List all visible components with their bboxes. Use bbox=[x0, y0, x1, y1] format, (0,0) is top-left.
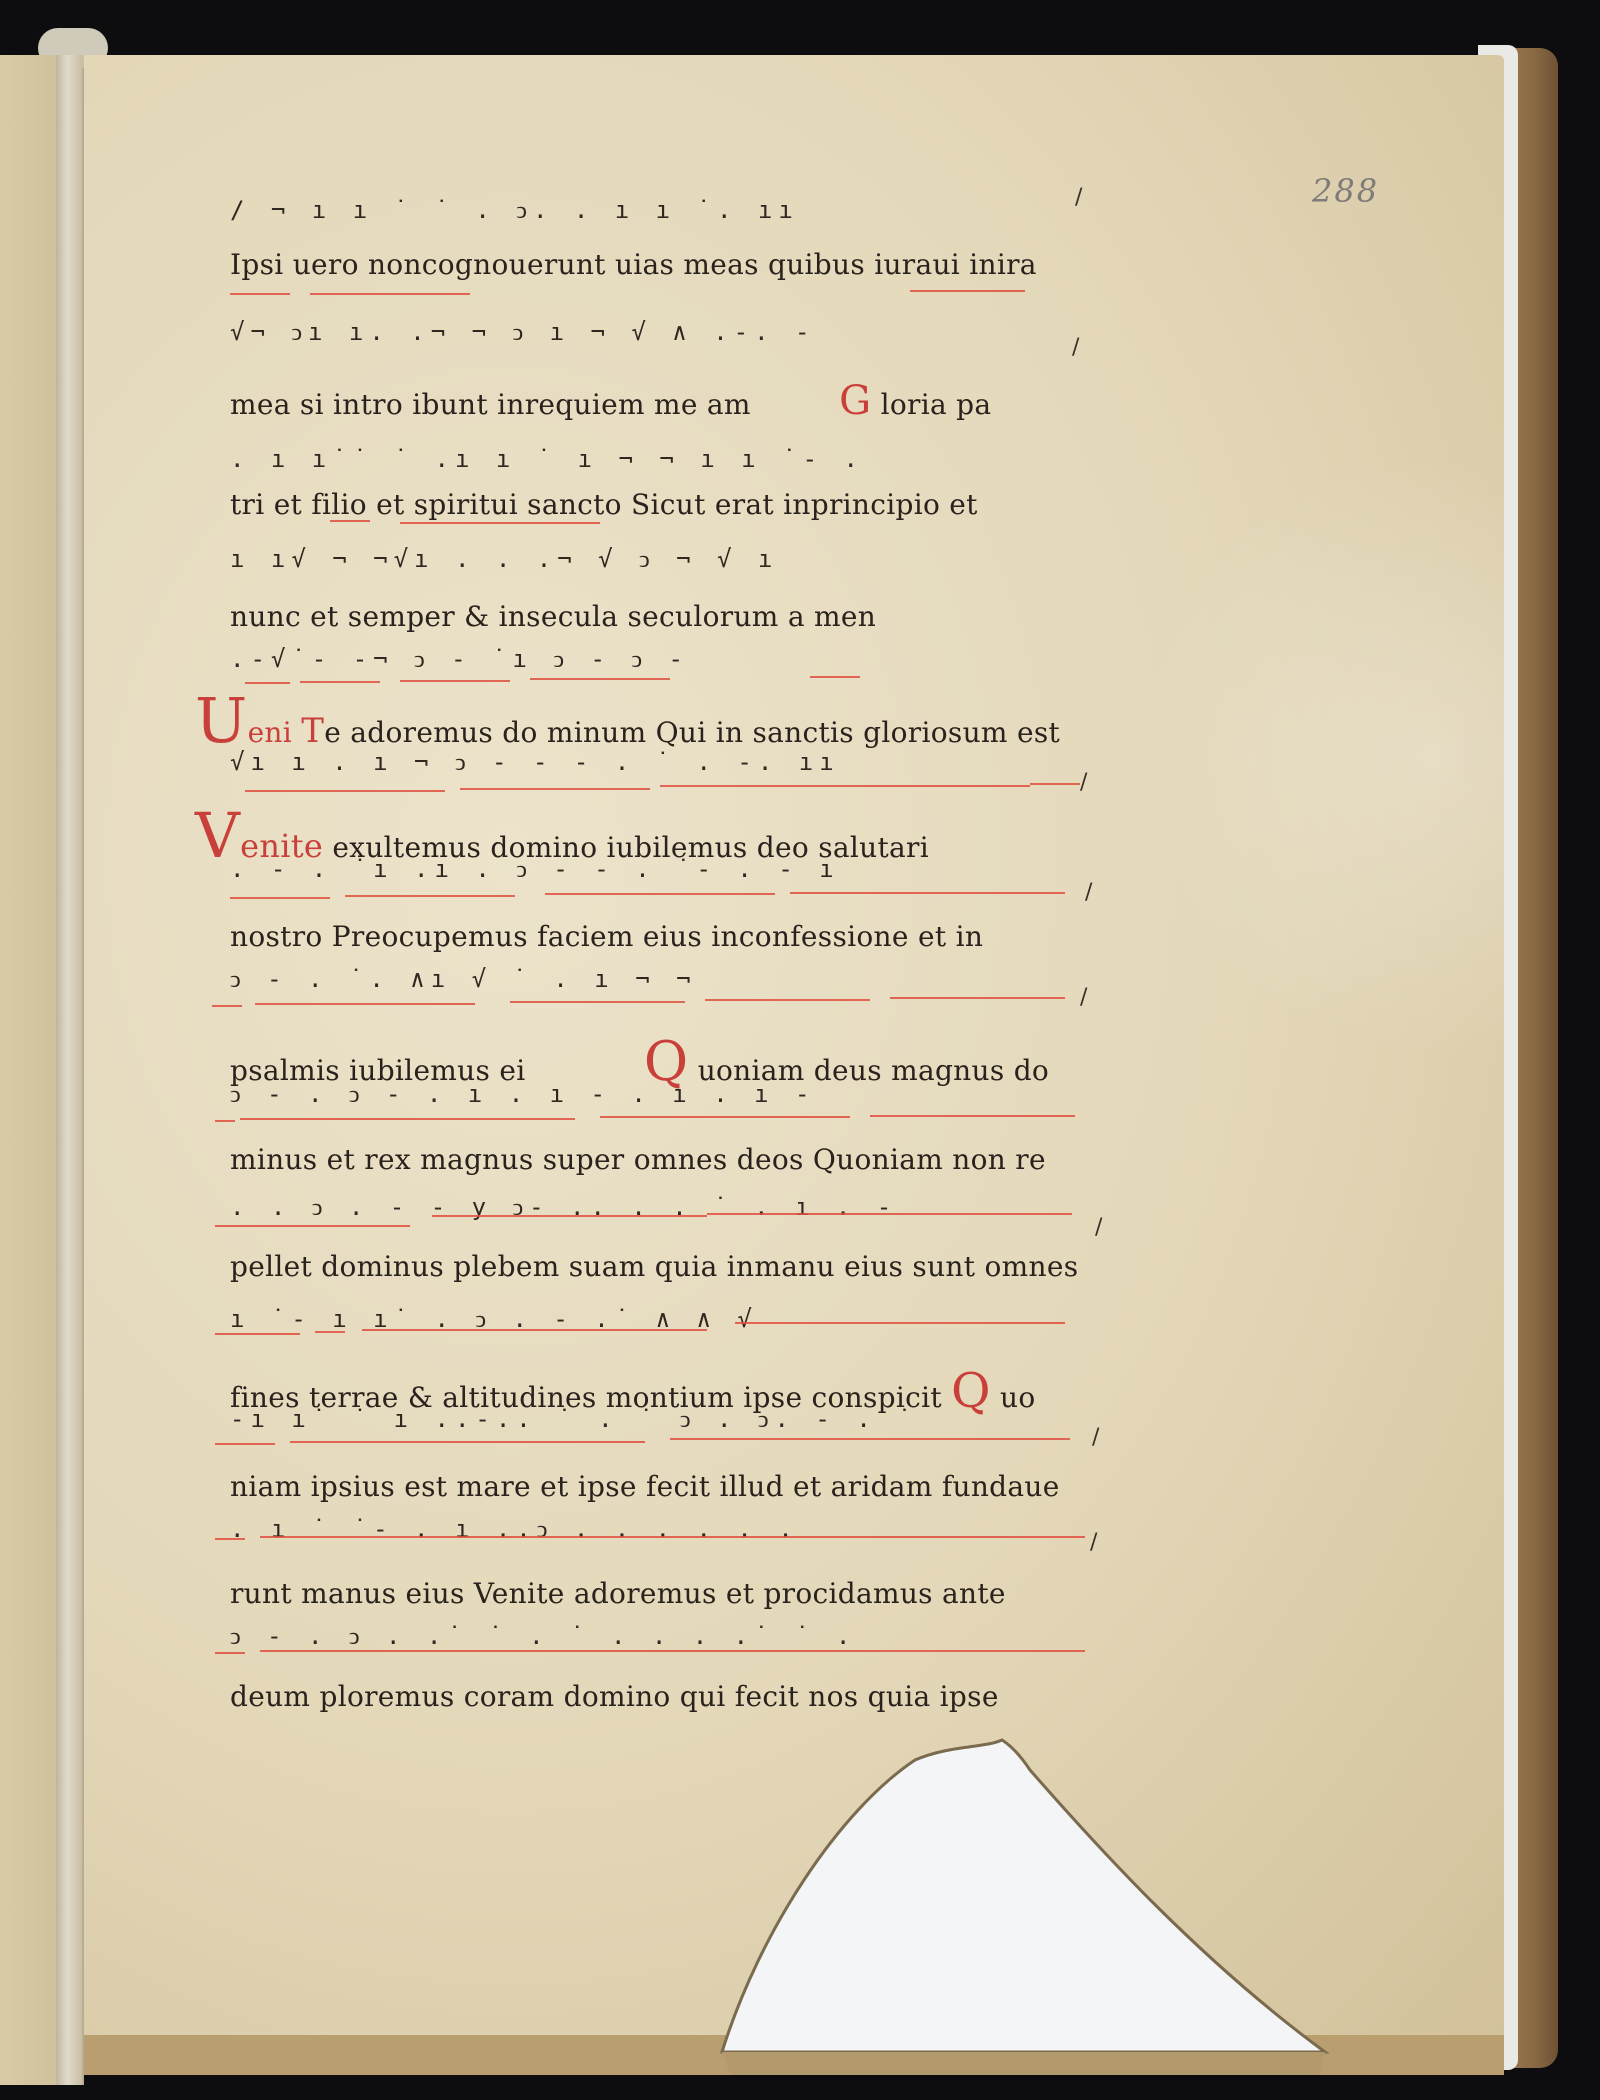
staff-rule bbox=[215, 1120, 235, 1122]
staff-rule bbox=[230, 293, 290, 295]
staff-rule bbox=[215, 1652, 245, 1654]
staff-rule bbox=[400, 680, 510, 682]
staff-rule bbox=[260, 1536, 1085, 1538]
staff-rule bbox=[1030, 783, 1080, 785]
custos-mark: / bbox=[1090, 1530, 1097, 1555]
staff-rule bbox=[432, 1215, 707, 1217]
neume-row: ı ı√ ¬ ¬√ı . . .¬ √ ↄ ¬ √ ı bbox=[230, 545, 778, 574]
text-line: nunc et semper & insecula seculorum a me… bbox=[230, 600, 876, 633]
text-segment: mea si intro ibunt inrequiem me am bbox=[230, 388, 751, 421]
folio-number: 288 bbox=[1312, 172, 1379, 210]
staff-rule bbox=[810, 676, 860, 678]
custos-mark: / bbox=[1080, 770, 1087, 795]
gutter bbox=[56, 55, 84, 2085]
staff-rule bbox=[215, 1443, 275, 1445]
text-line: tri et filio et spiritui sancto Sicut er… bbox=[230, 488, 978, 521]
rubric-text: eni bbox=[248, 716, 292, 749]
staff-rule bbox=[362, 1329, 707, 1331]
staff-rule bbox=[870, 1115, 1075, 1117]
staff-rule bbox=[315, 1331, 345, 1333]
custos-mark: / bbox=[1092, 1425, 1099, 1450]
custos-mark: / bbox=[1080, 985, 1087, 1010]
neume-row: . - . ˙ı .ı . ↄ - - . ˙- . - ı bbox=[230, 855, 840, 884]
neume-row: √¬ ↄı ı. .¬ ¬ ↄ ı ¬ √ ∧ .-. - bbox=[230, 318, 815, 347]
staff-rule bbox=[245, 682, 290, 684]
text-line: runt manus eius Venite adoremus et proci… bbox=[230, 1577, 1006, 1610]
neume-row: √ı ı . ı ¬ ↄ - - - . ˙ . -. ıı bbox=[230, 748, 840, 777]
text-line: pellet dominus plebem suam quia inmanu e… bbox=[230, 1250, 1078, 1283]
staff-rule bbox=[790, 892, 1065, 894]
staff-rule bbox=[245, 790, 445, 792]
staff-rule bbox=[910, 290, 1025, 292]
staff-rule bbox=[345, 895, 515, 897]
staff-rule bbox=[400, 522, 600, 524]
rubric-initial: T bbox=[301, 711, 324, 751]
neume-row: . . ↄ . - - y ↄ- .. . . ˙ . ı . - bbox=[230, 1193, 897, 1222]
neume-row: . ı ˙ ˙- . ı ..ↄ . . . . . . bbox=[230, 1515, 799, 1544]
staff-rule bbox=[890, 997, 1065, 999]
staff-rule bbox=[300, 681, 380, 683]
staff-rule bbox=[660, 785, 1030, 787]
rubric-initial: Q bbox=[951, 1363, 991, 1419]
staff-rule bbox=[705, 999, 870, 1001]
staff-rule bbox=[215, 1538, 245, 1540]
text-line: minus et rex magnus super omnes deos Quo… bbox=[230, 1143, 1046, 1176]
staff-rule bbox=[600, 1116, 850, 1118]
neume-row: / ¬ ı ı ˙ ˙ . ↄ. . ı ı ˙. ıı bbox=[230, 196, 799, 225]
neume-row: ↄ - . ↄ - . ı . ı - . ı . ı - bbox=[230, 1080, 815, 1109]
text-segment: loria pa bbox=[881, 388, 992, 421]
staff-rule bbox=[260, 1650, 1085, 1652]
custos-mark: / bbox=[1095, 1215, 1102, 1240]
neume-row: .-√˙- -¬ ↄ - ˙ı ↄ - ↄ - bbox=[230, 645, 689, 674]
staff-rule bbox=[707, 1213, 1072, 1215]
staff-rule bbox=[290, 1441, 645, 1443]
text-segment: e adoremus do minum Qui in sanctis glori… bbox=[324, 716, 1060, 749]
text-line: mea si intro ibunt inrequiem me am G lor… bbox=[230, 378, 991, 424]
neume-row: ↄ - . ↄ . .˙ ˙ . ˙ . . . .˙ ˙ . bbox=[230, 1622, 856, 1651]
staff-rule bbox=[510, 1001, 685, 1003]
staff-rule bbox=[460, 788, 650, 790]
staff-rule bbox=[670, 1438, 1070, 1440]
staff-rule bbox=[255, 1003, 475, 1005]
staff-rule bbox=[530, 678, 670, 680]
custos-mark: / bbox=[1085, 880, 1092, 905]
neume-row: . ı ı˙˙ ˙ .ı ı ˙ ı ¬ ¬ ı ı ˙- . bbox=[230, 445, 864, 473]
neume-row: ↄ - . ˙. ∧ı √ ˙ . ı ¬ ¬ bbox=[230, 965, 697, 994]
custos-mark: / bbox=[1075, 185, 1082, 210]
staff-rule bbox=[310, 293, 470, 295]
neume-row: -ı ı˙ ˙ ı ..-.. ˙ . ˙ ↄ . ↄ. - . ˙ bbox=[230, 1405, 918, 1434]
staff-rule bbox=[212, 1005, 242, 1007]
staff-rule bbox=[215, 1225, 410, 1227]
staff-rule bbox=[545, 893, 775, 895]
text-segment: uo bbox=[1000, 1381, 1036, 1414]
staff-rule bbox=[735, 1322, 1065, 1324]
text-line: Ueni Te adoremus do minum Qui in sanctis… bbox=[195, 690, 1060, 752]
rubric-initial: G bbox=[839, 378, 871, 424]
lower-page-edges bbox=[84, 2035, 1504, 2075]
custos-mark: / bbox=[1072, 335, 1079, 360]
staff-rule bbox=[330, 520, 370, 522]
staff-rule bbox=[240, 1118, 575, 1120]
text-line: niam ipsius est mare et ipse fecit illud… bbox=[230, 1470, 1060, 1503]
staff-rule bbox=[215, 1333, 300, 1335]
text-line: nostro Preocupemus faciem eius inconfess… bbox=[230, 920, 983, 953]
text-line: deum ploremus coram domino qui fecit nos… bbox=[230, 1680, 999, 1713]
staff-rule bbox=[230, 897, 330, 899]
text-line: Ipsi uero noncognouerunt uias meas quibu… bbox=[230, 248, 1037, 281]
rubric-initial: U bbox=[195, 684, 248, 757]
